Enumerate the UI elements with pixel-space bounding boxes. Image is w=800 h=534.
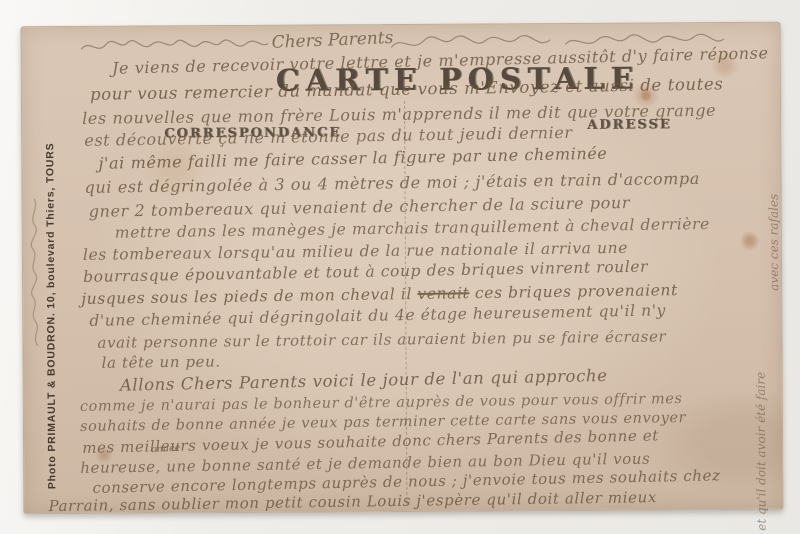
photographer-imprint: Photo PRIMAULT & BOUDRON. 10, boulevard …: [44, 107, 58, 489]
salutation: Chers Parents: [271, 28, 393, 53]
handwriting-line: avait personne sur le trottoir car ils a…: [97, 327, 666, 351]
handwriting-line: pour vous remercier du mandat que vous m…: [90, 74, 724, 103]
margin-note-right-upper: avec ces rafales: [767, 194, 782, 291]
photo-backdrop: CARTE POSTALE CORRESPONDANCE ADRESSE Pho…: [0, 0, 800, 534]
handwriting-line: la tête un peu.: [102, 352, 221, 371]
margin-scrawl-left: [29, 197, 44, 347]
inserted-word: année: [151, 443, 181, 456]
margin-note-right-lower: et qu'il doit avoir été faire: [754, 372, 769, 531]
postcard: CARTE POSTALE CORRESPONDANCE ADRESSE Pho…: [21, 22, 784, 515]
